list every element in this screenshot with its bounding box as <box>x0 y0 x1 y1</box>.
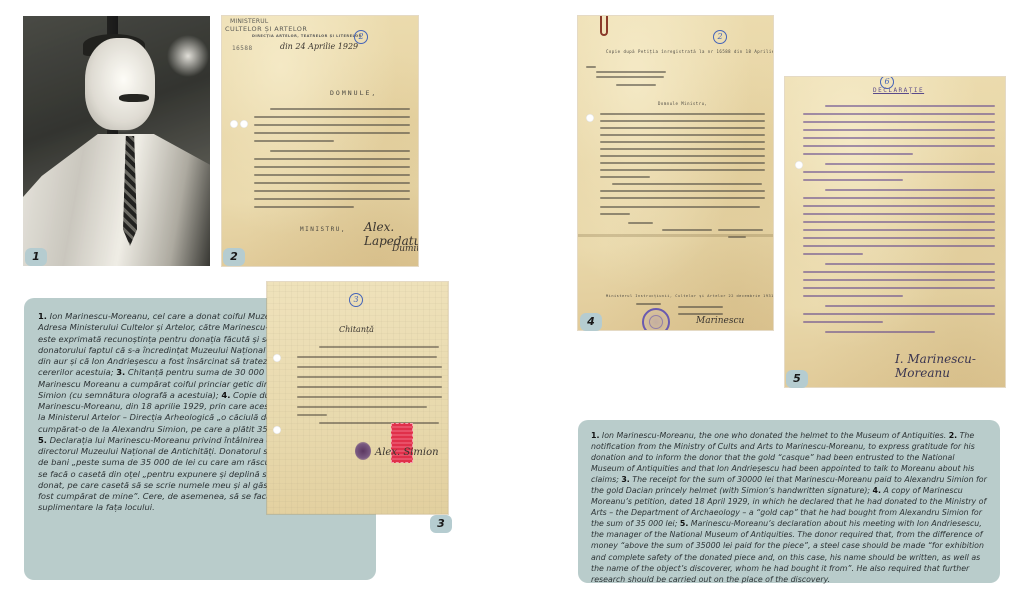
document-ministry-letter: MINISTERUL CULTELOR ȘI ARTELOR DIRECȚIA … <box>222 16 418 266</box>
letterhead-directorate: DIRECȚIA ARTELOR, TEATRELOR ȘI LITERELOR <box>252 34 362 38</box>
caption-en-text: 1. Ion Marinescu-Moreanu, the one who do… <box>591 430 990 585</box>
folio-mark: 3 <box>349 293 363 307</box>
document-receipt: 3 Chitanță Alex. Simion <box>267 282 448 514</box>
figure-badge-5: 5 <box>786 370 808 388</box>
folio-mark: 2 <box>713 30 727 44</box>
punch-hole <box>795 161 803 169</box>
portrait-photo <box>23 16 210 266</box>
punch-hole <box>586 114 594 122</box>
document-declaration: 6 DECLARAȚIE I. Marinescu-Moreanu <box>785 77 1005 387</box>
official-seal <box>642 308 670 330</box>
figure-badge-4: 4 <box>580 313 602 331</box>
figure-badge-1: 1 <box>25 248 47 266</box>
declaration-title: DECLARAȚIE <box>873 87 924 94</box>
letter-date: din 24 Aprilie 1929 <box>280 42 358 51</box>
petition-salutation: Domnule Ministru, <box>658 101 707 106</box>
minister-label: MINISTRU, <box>300 226 346 233</box>
photo-suit <box>23 134 210 266</box>
registration-number: 16588 <box>232 45 253 52</box>
figure-badge-2: 2 <box>223 248 245 266</box>
folio-mark: 2 <box>354 30 368 44</box>
left-page: 1 MINISTERUL CULTELOR ȘI ARTELOR DIRECȚI… <box>0 0 500 603</box>
letterhead-ministry: MINISTERUL <box>230 18 268 25</box>
fingerprint <box>355 442 371 460</box>
simion-signature: Alex. Simion <box>375 447 439 458</box>
petition-signature: Marinescu <box>696 316 744 326</box>
director-signature: Dumitrescu <box>392 244 418 254</box>
receipt-title: Chitanță <box>339 325 374 334</box>
photo-mustache <box>119 94 149 102</box>
letter-salutation: DOMNULE, <box>330 89 377 97</box>
declaration-signature: I. Marinescu-Moreanu <box>895 352 1005 380</box>
punch-hole <box>273 426 281 434</box>
petition-heading: Copie după Petiția înregistrată la nr 16… <box>606 49 773 54</box>
figure-badge-3: 3 <box>430 515 452 533</box>
caption-english: 1. Ion Marinescu-Moreanu, the one who do… <box>578 420 1000 583</box>
paper-fold <box>578 234 773 237</box>
document-petition-copy: 2 Copie după Petiția înregistrată la nr … <box>578 16 773 330</box>
staple-mark <box>600 16 608 36</box>
punch-hole <box>273 354 281 362</box>
petition-footer: Ministerul Instrucțiunii, Cultelor și Ar… <box>606 294 773 298</box>
punch-hole <box>240 120 248 128</box>
letterhead-cults-arts: CULTELOR ȘI ARTELOR <box>225 25 307 33</box>
photo-head <box>85 38 155 130</box>
punch-hole <box>230 120 238 128</box>
